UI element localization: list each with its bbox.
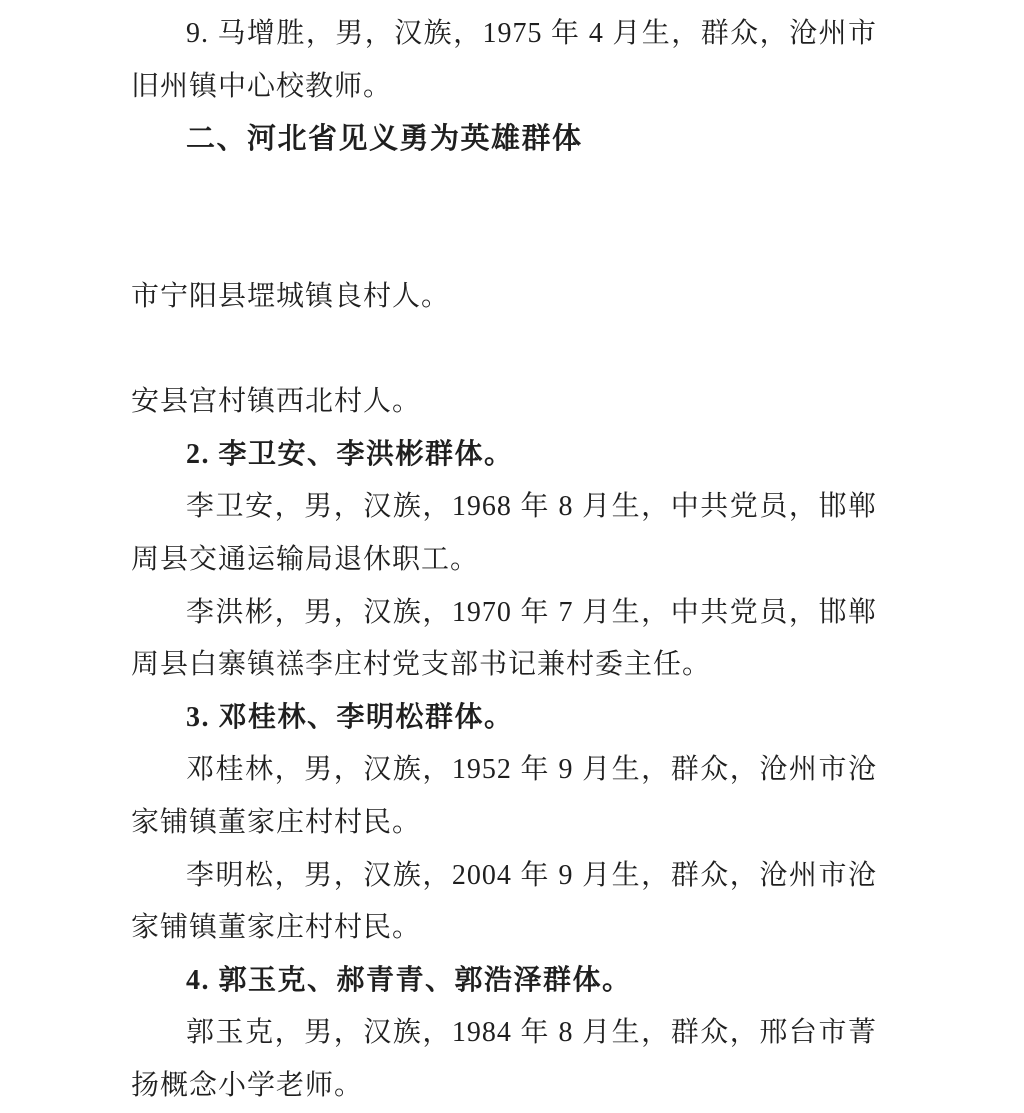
group-3-member-1-line-1: 邓桂林，男，汉族，1952 年 9 月生，群众，沧州市沧县汪 <box>131 744 877 797</box>
entry-9-line-2: 旧州镇中心校教师。 <box>131 61 877 114</box>
group-1-member-2-line-2: 安县宫村镇西北村人。 <box>131 376 877 429</box>
group-3-title: 3. 邓桂林、李明松群体。 <box>131 692 877 745</box>
group-4-title: 4. 郭玉克、郝青青、郭浩泽群体。 <box>131 955 877 1008</box>
group-2-member-1-line-2: 周县交通运输局退休职工。 <box>131 534 877 587</box>
group-4-member-1-line-1: 郭玉克，男，汉族，1984 年 8 月生，群众，邢台市菁华浩 <box>131 1007 877 1060</box>
group-4-member-1-line-2: 扬概念小学老师。 <box>131 1060 877 1113</box>
document-page: 9. 马增胜，男，汉族，1975 年 4 月生，群众，沧州市沧县 旧州镇中心校教… <box>0 0 1024 1113</box>
entry-9-line-1: 9. 马增胜，男，汉族，1975 年 4 月生，群众，沧州市沧县 <box>131 8 877 61</box>
section-heading: 二、河北省见义勇为英雄群体 <box>131 113 877 166</box>
group-1-member-1-line-2: 市宁阳县堽城镇良村人。 <box>131 271 877 324</box>
group-1-title: 1. 栾留伟、赵金群体。 <box>131 166 877 219</box>
group-2-title: 2. 李卫安、李洪彬群体。 <box>131 429 877 482</box>
group-2-member-1-line-1: 李卫安，男，汉族，1968 年 8 月生，中共党员，邯郸市曲 <box>131 481 877 534</box>
group-2-member-2-line-1: 李洪彬，男，汉族，1970 年 7 月生，中共党员，邯郸市曲 <box>131 587 877 640</box>
group-3-member-1-line-2: 家铺镇董家庄村村民。 <box>131 797 877 850</box>
group-1-member-2-line-1: 赵 金，男，汉族，1960 年 3 月生，中共党员，廊坊市固 <box>131 324 877 377</box>
group-2-member-2-line-2: 周县白寨镇禚李庄村党支部书记兼村委主任。 <box>131 639 877 692</box>
group-3-member-2-line-1: 李明松，男，汉族，2004 年 9 月生，群众，沧州市沧县汪 <box>131 850 877 903</box>
group-1-member-1-line-1: 栾留伟，男，汉族，1983 年 12 月生，群众，山东省泰安 <box>131 218 877 271</box>
group-3-member-2-line-2: 家铺镇董家庄村村民。 <box>131 902 877 955</box>
